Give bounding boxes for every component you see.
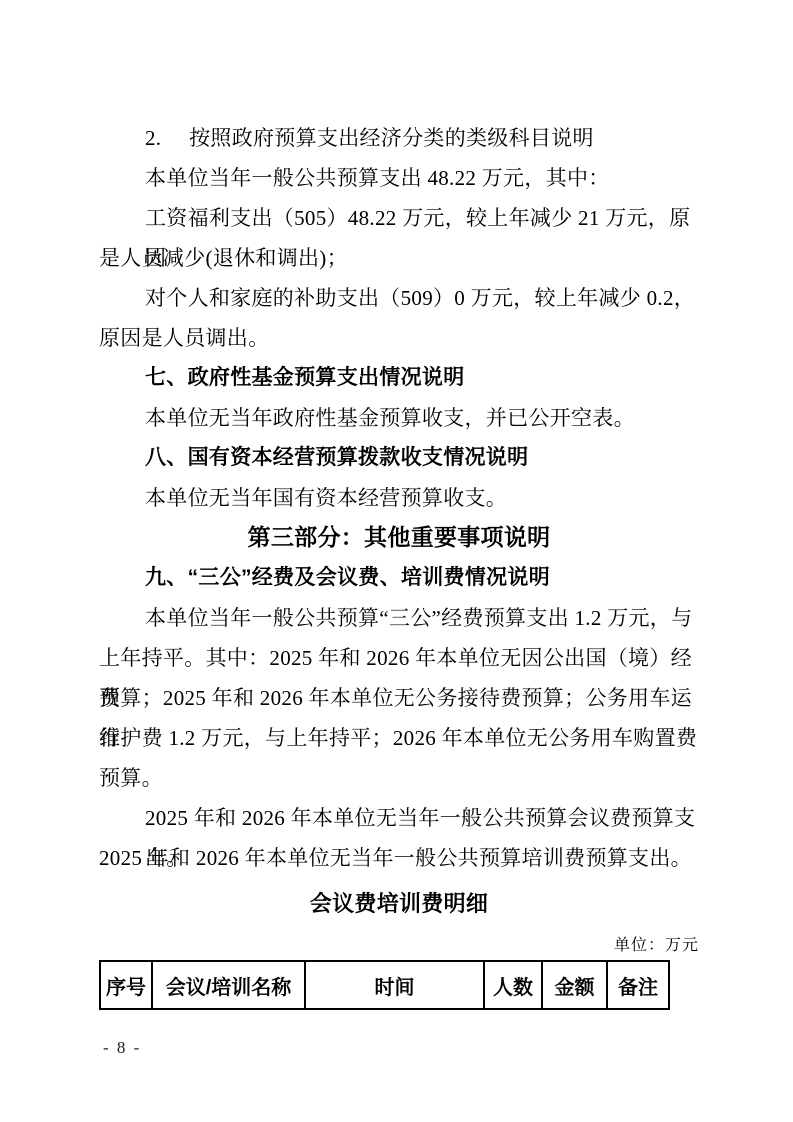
column-header-amount: 金额	[542, 961, 607, 1009]
body-line: 预算。	[99, 758, 699, 798]
body-line: 本单位无当年政府性基金预算收支，并已公开空表。	[99, 398, 699, 438]
column-header-people-count: 人数	[484, 961, 542, 1009]
section-heading-8: 八、国有资本经营预算拨款收支情况说明	[99, 438, 699, 478]
body-line: 工资福利支出（505）48.22 万元，较上年减少 21 万元，原因	[99, 198, 699, 238]
unit-label: 单位：万元	[99, 924, 699, 960]
table-header-row: 序号 会议/培训名称 时间 人数 金额 备注	[100, 961, 669, 1009]
subsection-heading-2: 2. 按照政府预算支出经济分类的类级科目说明	[99, 118, 699, 158]
meeting-training-detail-table: 序号 会议/培训名称 时间 人数 金额 备注	[99, 960, 670, 1010]
document-body: 2. 按照政府预算支出经济分类的类级科目说明 本单位当年一般公共预算支出 48.…	[99, 118, 699, 1010]
document-page: 2. 按照政府预算支出经济分类的类级科目说明 本单位当年一般公共预算支出 48.…	[0, 0, 793, 1122]
body-line: 对个人和家庭的补助支出（509）0 万元，较上年减少 0.2，	[99, 278, 699, 318]
section-heading-7: 七、政府性基金预算支出情况说明	[99, 358, 699, 398]
body-line: 预算；2025 年和 2026 年本单位无公务接待费预算；公务用车运行	[99, 678, 699, 718]
body-line: 维护费 1.2 万元，与上年持平；2026 年本单位无公务用车购置费	[99, 718, 699, 758]
column-header-remarks: 备注	[607, 961, 669, 1009]
part-three-title: 第三部分：其他重要事项说明	[99, 518, 699, 558]
body-line: 上年持平。其中：2025 年和 2026 年本单位无因公出国（境）经费	[99, 638, 699, 678]
body-line: 本单位当年一般公共预算“三公”经费预算支出 1.2 万元，与	[99, 598, 699, 638]
page-number: - 8 -	[103, 1038, 141, 1058]
column-header-index: 序号	[100, 961, 152, 1009]
body-line: 本单位无当年国有资本经营预算收支。	[99, 478, 699, 518]
column-header-meeting-name: 会议/培训名称	[152, 961, 305, 1009]
body-line: 是人员减少(退休和调出)；	[99, 238, 699, 278]
body-line: 原因是人员调出。	[99, 318, 699, 358]
body-line: 2025 年和 2026 年本单位无当年一般公共预算培训费预算支出。	[99, 838, 699, 878]
section-heading-9: 九、“三公”经费及会议费、培训费情况说明	[99, 558, 699, 598]
body-line: 2025 年和 2026 年本单位无当年一般公共预算会议费预算支出。	[99, 798, 699, 838]
body-line: 本单位当年一般公共预算支出 48.22 万元，其中：	[99, 158, 699, 198]
meeting-training-table-title: 会议费培训费明细	[99, 884, 699, 924]
column-header-time: 时间	[305, 961, 484, 1009]
